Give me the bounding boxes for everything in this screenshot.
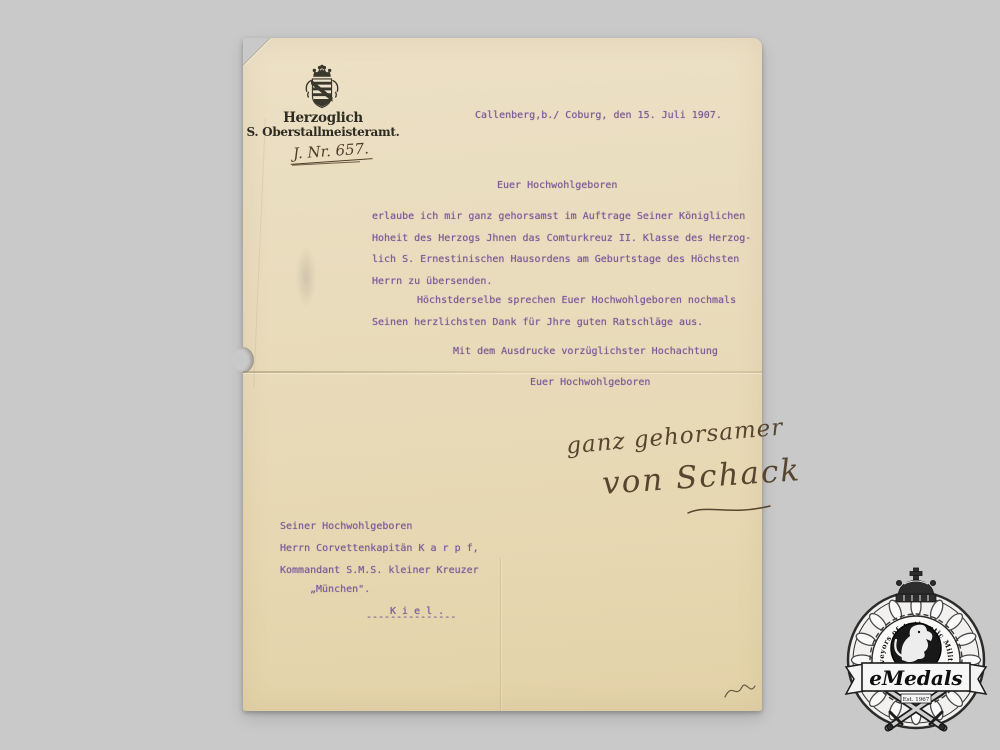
watermark-established-text: Est. 1967 [903, 697, 930, 703]
ink-smudge [296, 246, 316, 308]
recipient-line-2: Herrn Corvettenkapitän K a r p f, [280, 543, 479, 554]
fold-crease-vertical [500, 558, 501, 711]
letterhead-office-line1: Herzoglich [268, 110, 378, 126]
body-line: erlaube ich mir ganz gehorsamst im Auftr… [372, 206, 751, 228]
dateline: Callenberg,b./ Coburg, den 15. Juli 1907… [475, 110, 722, 121]
closing-address: Euer Hochwohlgeboren [530, 377, 650, 388]
body-paragraph-2: Höchstderselbe sprechen Euer Hochwohlgeb… [372, 290, 736, 333]
paper-corner-cut [243, 38, 270, 65]
watermark-crown-icon [896, 568, 936, 602]
recipient-line-4: „München". [310, 584, 370, 595]
recipient-underline: --------------- [366, 612, 456, 623]
body-line: Hoheit des Herzogs Jhnen das Comturkreuz… [372, 228, 751, 250]
paper-edge-notch [231, 347, 254, 373]
emedals-watermark: Purveyors of Authentic Militaria [842, 566, 992, 742]
body-line: Seinen herzlichsten Dank für Jhre guten … [372, 312, 736, 334]
letterhead-office-line2: S. Oberstallmeisteramt. [244, 125, 402, 139]
pencil-initials-mark [722, 679, 758, 703]
recipient-line-3: Kommandant S.M.S. kleiner Kreuzer [280, 565, 479, 576]
closing-formula: Mit dem Ausdrucke vorzüglichster Hochach… [453, 346, 718, 357]
recipient-line-1: Seiner Hochwohlgeboren [280, 521, 412, 532]
body-line: lich S. Ernestinischen Hausordens am Geb… [372, 249, 751, 271]
body-line: Höchstderselbe sprechen Euer Hochwohlgeb… [372, 290, 736, 312]
salutation: Euer Hochwohlgeboren [497, 180, 617, 191]
body-paragraph-1: erlaube ich mir ganz gehorsamst im Auftr… [372, 206, 751, 292]
background: Herzoglich S. Oberstallmeisteramt. J. Nr… [0, 0, 1000, 750]
fold-crease-horizontal [243, 371, 762, 373]
ducal-crest-icon [301, 64, 343, 112]
signature-flourish [686, 500, 772, 518]
watermark-brand-text: eMedals [869, 666, 962, 690]
fold-crease-left [253, 118, 266, 388]
